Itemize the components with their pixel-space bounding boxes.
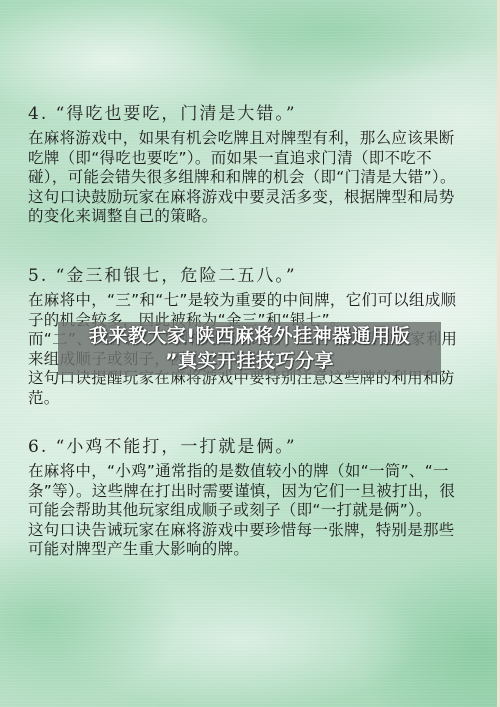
overlay-title-line1: 我来教大家!陕西麻将外挂神器通用版 (58, 324, 441, 349)
tip-section-4: 4. “得吃也要吃，门清是大错。” 在麻将游戏中，如果有机会吃牌且对牌型有利，那… (28, 103, 468, 227)
overlay-title: 我来教大家!陕西麻将外挂神器通用版 ”真实开挂技巧分享 (58, 322, 441, 374)
tip-explanation: 在麻将中，“小鸡”通常指的是数值较小的牌（如“一筒”、“一条”等）。这些牌在打出… (28, 462, 468, 521)
tip-summary: 这句口诀鼓励玩家在麻将游戏中要灵活多变，根据牌型和局势的变化来调整自己的策略。 (28, 188, 468, 227)
title-overlay-banner: 我来教大家!陕西麻将外挂神器通用版 ”真实开挂技巧分享 (58, 322, 441, 375)
tip-summary: 这句口诀告诫玩家在麻将游戏中要珍惜每一张牌，特别是那些可能对牌型产生重大影响的牌… (28, 521, 468, 560)
tip-heading: 4. “得吃也要吃，门清是大错。” (28, 103, 468, 125)
tip-heading: 5. “金三和银七，危险二五八。” (28, 265, 468, 287)
overlay-title-line2: ”真实开挂技巧分享 (58, 349, 441, 374)
tip-heading: 6. “小鸡不能打，一打就是俩。” (28, 436, 468, 458)
tip-explanation: 在麻将游戏中，如果有机会吃牌且对牌型有利，那么应该果断吃牌（即“得吃也要吃”）。… (28, 129, 468, 188)
tip-section-6: 6. “小鸡不能打，一打就是俩。” 在麻将中，“小鸡”通常指的是数值较小的牌（如… (28, 436, 468, 560)
